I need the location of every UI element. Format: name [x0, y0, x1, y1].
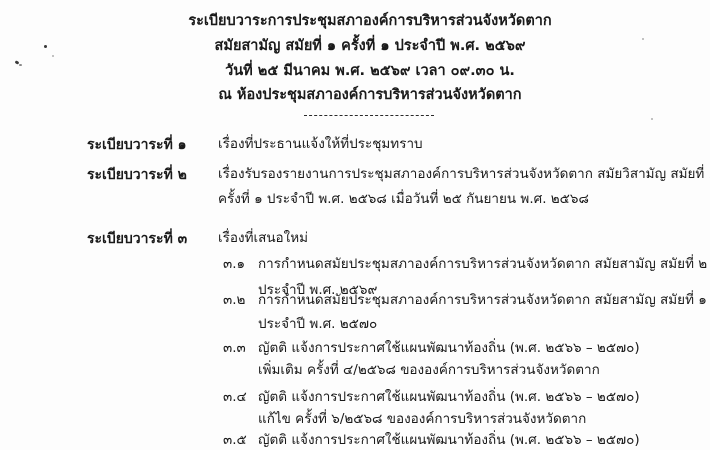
agenda-3-label: ระเบียบวาระที่ ๓ [87, 232, 187, 246]
sub-item-3-4-line-1: ญัตติ แจ้งการประกาศใช้แผนพัฒนาท้องถิ่น (… [258, 391, 640, 405]
sub-item-3-5-number: ๓.๕ [223, 434, 247, 448]
scanned-document-page: ระเบียบวาระการประชุมสภาองค์การบริหารส่วน… [0, 0, 710, 450]
agenda-2-label: ระเบียบวาระที่ ๒ [87, 168, 187, 182]
sub-item-3-4-number: ๓.๔ [223, 391, 247, 405]
sub-item-3-2-number: ๓.๒ [223, 294, 245, 308]
datetime-line: วันที่ ๒๕ มีนาคม พ.ศ. ๒๕๖๙ เวลา ๐๙.๓๐ น. [150, 64, 590, 79]
agenda-1-text: เรื่องที่ประธานแจ้งให้ที่ประชุมทราบ [218, 138, 423, 152]
scan-speck [52, 55, 54, 57]
sub-item-3-3-line-2: เพิ่มเติม ครั้งที่ ๔/๒๕๖๘ ขององค์การบริห… [258, 364, 600, 378]
sub-item-3-2-line-1: การกำหนดสมัยประชุมสภาองค์การบริหารส่วนจั… [258, 294, 707, 308]
scan-speck [651, 118, 653, 120]
scan-speck [44, 45, 47, 48]
sub-item-3-2-line-2: ประจำปี พ.ศ. ๒๕๗๐ [258, 318, 377, 332]
agenda-3-text: เรื่องที่เสนอใหม่ [218, 232, 308, 246]
agenda-1-label: ระเบียบวาระที่ ๑ [87, 138, 187, 152]
sub-item-3-3-number: ๓.๓ [223, 342, 246, 356]
sub-item-3-1-number: ๓.๑ [223, 258, 245, 272]
sub-item-3-5-line-1: ญัตติ แจ้งการประกาศใช้แผนพัฒนาท้องถิ่น (… [258, 434, 640, 448]
scan-speck [642, 38, 644, 40]
header-separator [304, 115, 434, 116]
sub-item-3-1-line-1: การกำหนดสมัยประชุมสภาองค์การบริหารส่วนจั… [258, 258, 707, 272]
session-line: สมัยสามัญ สมัยที่ ๑ ครั้งที่ ๑ ประจำปี พ… [150, 39, 590, 54]
agenda-2-text-line-2: ครั้งที่ ๑ ประจำปี พ.ศ. ๒๕๖๘ เมื่อวันที่… [218, 193, 589, 207]
scan-speck [19, 64, 22, 66]
document-title: ระเบียบวาระการประชุมสภาองค์การบริหารส่วน… [150, 14, 590, 29]
sub-item-3-3-line-1: ญัตติ แจ้งการประกาศใช้แผนพัฒนาท้องถิ่น (… [258, 342, 640, 356]
venue-line: ณ ห้องประชุมสภาองค์การบริหารส่วนจังหวัดต… [150, 88, 590, 103]
sub-item-3-4-line-2: แก้ไข ครั้งที่ ๖/๒๕๖๘ ขององค์การบริหารส่… [258, 413, 586, 427]
agenda-2-text-line-1: เรื่องรับรองรายงานการประชุมสภาองค์การบริ… [218, 168, 710, 182]
